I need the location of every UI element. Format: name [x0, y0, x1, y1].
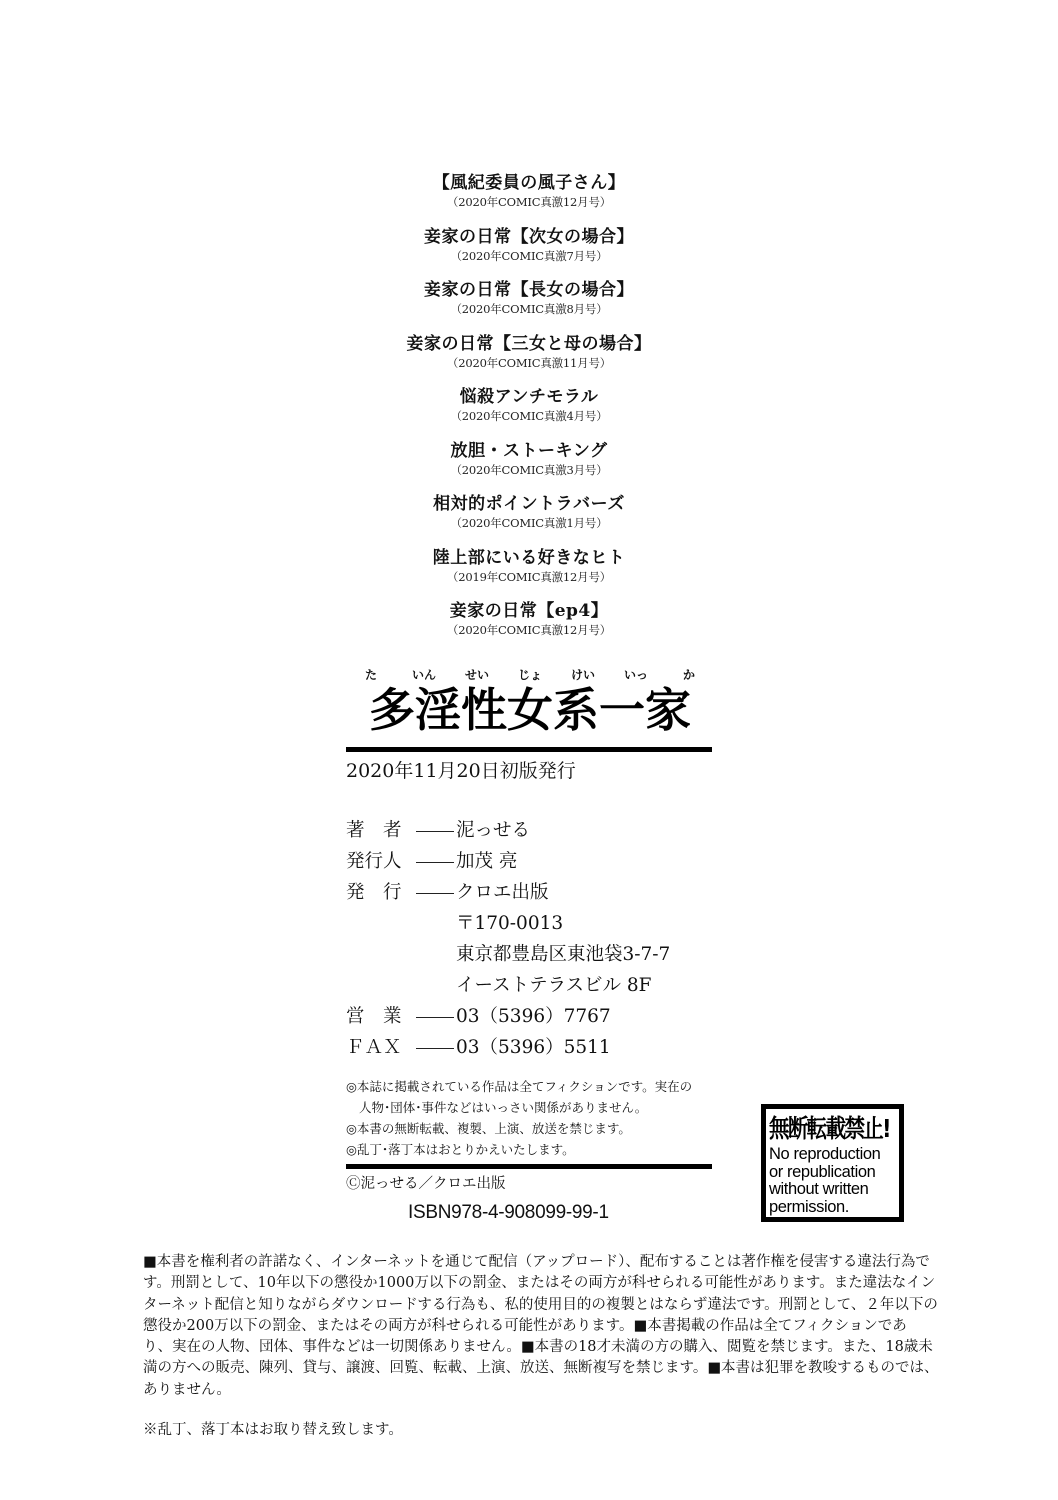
badge-en-line: without written — [769, 1181, 896, 1199]
isbn: ISBN978-4-908099-99-1 — [408, 1202, 609, 1224]
address-postal: 〒170-0013 — [346, 908, 670, 939]
work-source: （2020年COMIC真激7月号） — [0, 248, 1058, 264]
badge-jp-text: 無断転載禁止! — [769, 1112, 873, 1146]
colophon-label: ＦＡＸ — [346, 1032, 416, 1063]
work-title: 妾家の日常【次女の場合】 — [0, 226, 1058, 248]
address-street: 東京都豊島区東池袋3-7-7 — [456, 939, 670, 970]
leader-dash — [416, 877, 456, 908]
work-entry: 妾家の日常【長女の場合】 （2020年COMIC真激8月号） — [0, 279, 1058, 333]
work-source: （2020年COMIC真激4月号） — [0, 408, 1058, 424]
legal-notice: ■本書を権利者の許諾なく、インターネットを通じて配信（アップロード）、配布するこ… — [143, 1252, 923, 1401]
note-line: ◎本誌に掲載されている作品は全てフィクションです。実在の — [346, 1076, 692, 1097]
address-building-name: イーストテラスビル 8F — [456, 970, 652, 1001]
legal-line: 懲役か200万以下の罰金、またはその両方が科せられる可能性があります。■本書掲載… — [143, 1316, 923, 1337]
colophon-row-issuer: 発行人 加茂 亮 — [346, 846, 670, 877]
legal-line: ありません。 — [143, 1380, 923, 1401]
spacer — [346, 908, 416, 939]
badge-en-line: No reproduction — [769, 1146, 896, 1164]
colophon-label: 営 業 — [346, 1001, 416, 1032]
no-reproduction-badge: 無断転載禁止! No reproduction or republication… — [761, 1104, 904, 1222]
postal-code: 〒170-0013 — [456, 908, 563, 939]
work-source: （2020年COMIC真激12月号） — [0, 194, 1058, 210]
leader-dash — [416, 815, 456, 846]
address-building: イーストテラスビル 8F — [346, 970, 670, 1001]
colophon-row-fax: ＦＡＸ 03（5396）5511 — [346, 1032, 670, 1063]
work-title: 妾家の日常【ep4】 — [0, 600, 1058, 622]
leader-dash — [416, 846, 456, 877]
colophon-label: 発行人 — [346, 846, 416, 877]
fax-number: 03（5396）5511 — [456, 1032, 611, 1063]
copyright: Ⓒ泥っせる／クロエ出版 — [346, 1172, 506, 1193]
note-line: ◎本書の無断転載、複製、上演、放送を禁じます。 — [346, 1118, 692, 1139]
work-title: 妾家の日常【三女と母の場合】 — [0, 333, 1058, 355]
work-source: （2020年COMIC真激8月号） — [0, 301, 1058, 317]
colophon-value: クロエ出版 — [456, 877, 549, 908]
work-entry: 【風紀委員の風子さん】 （2020年COMIC真激12月号） — [0, 172, 1058, 226]
leader-dash — [416, 1001, 456, 1032]
work-entry: 相対的ポイントラバーズ （2020年COMIC真激1月号） — [0, 493, 1058, 547]
note-line: ◎乱丁･落丁本はおとりかえいたします。 — [346, 1139, 692, 1160]
work-entry: 陸上部にいる好きなヒト （2019年COMIC真激12月号） — [0, 547, 1058, 601]
colophon-row-publisher: 発 行 クロエ出版 — [346, 877, 670, 908]
colophon: 著 者 泥っせる 発行人 加茂 亮 発 行 クロエ出版 〒170-0013 東京… — [346, 815, 670, 1063]
work-entry: 放胆・ストーキング （2020年COMIC真激3月号） — [0, 440, 1058, 494]
badge-en-line: or republication — [769, 1164, 896, 1182]
address-line: 東京都豊島区東池袋3-7-7 — [346, 939, 670, 970]
work-title: 放胆・ストーキング — [0, 440, 1058, 462]
legal-line: り、実在の人物、団体、事件などは一切関係ありません。■本書の18才未満の方の購入… — [143, 1337, 923, 1358]
work-source: （2020年COMIC真激11月号） — [0, 355, 1058, 371]
work-source: （2020年COMIC真激12月号） — [0, 622, 1058, 638]
note-line: 人物･団体･事件などはいっさい関係がありません。 — [346, 1097, 692, 1118]
colophon-notes: ◎本誌に掲載されている作品は全てフィクションです。実在の 人物･団体･事件などは… — [346, 1076, 692, 1160]
work-title: 相対的ポイントラバーズ — [0, 493, 1058, 515]
colophon-divider — [346, 1164, 712, 1169]
work-title: 悩殺アンチモラル — [0, 386, 1058, 408]
legal-line: す。刑罰として、10年以下の懲役か1000万以下の罰金、またはその両方が科せられ… — [143, 1273, 923, 1294]
book-title: 多淫性女系一家 — [340, 680, 720, 740]
work-source: （2020年COMIC真激1月号） — [0, 515, 1058, 531]
replacement-footnote: ※乱丁、落丁本はお取り替え致します。 — [143, 1418, 403, 1439]
badge-en-line: permission. — [769, 1199, 896, 1217]
publication-date: 2020年11月20日初版発行 — [346, 756, 576, 783]
work-entry: 妾家の日常【ep4】 （2020年COMIC真激12月号） — [0, 600, 1058, 654]
work-title: 陸上部にいる好きなヒト — [0, 547, 1058, 569]
colophon-value: 泥っせる — [456, 815, 530, 846]
work-source: （2019年COMIC真激12月号） — [0, 569, 1058, 585]
legal-line: ■本書を権利者の許諾なく、インターネットを通じて配信（アップロード）、配布するこ… — [143, 1252, 923, 1273]
title-divider — [346, 747, 712, 752]
work-source: （2020年COMIC真激3月号） — [0, 462, 1058, 478]
work-entry: 妾家の日常【三女と母の場合】 （2020年COMIC真激11月号） — [0, 333, 1058, 387]
colophon-row-sales: 営 業 03（5396）7767 — [346, 1001, 670, 1032]
work-title: 【風紀委員の風子さん】 — [0, 172, 1058, 194]
colophon-value: 加茂 亮 — [456, 846, 517, 877]
spacer — [346, 939, 416, 970]
work-entry: 妾家の日常【次女の場合】 （2020年COMIC真激7月号） — [0, 226, 1058, 280]
legal-line: ターネット配信と知りながらダウンロードする行為も、私的使用目的の複製とはならず違… — [143, 1295, 923, 1316]
sales-phone: 03（5396）7767 — [456, 1001, 611, 1032]
spacer — [346, 970, 416, 1001]
leader-dash — [416, 1032, 456, 1063]
colophon-row-author: 著 者 泥っせる — [346, 815, 670, 846]
legal-line: 満の方への販売、陳列、貸与、譲渡、回覧、転載、上演、放送、無断複写を禁じます。■… — [143, 1358, 923, 1379]
colophon-label: 発 行 — [346, 877, 416, 908]
colophon-label: 著 者 — [346, 815, 416, 846]
work-entry: 悩殺アンチモラル （2020年COMIC真激4月号） — [0, 386, 1058, 440]
work-title: 妾家の日常【長女の場合】 — [0, 279, 1058, 301]
works-list: 【風紀委員の風子さん】 （2020年COMIC真激12月号） 妾家の日常【次女の… — [0, 172, 1058, 654]
